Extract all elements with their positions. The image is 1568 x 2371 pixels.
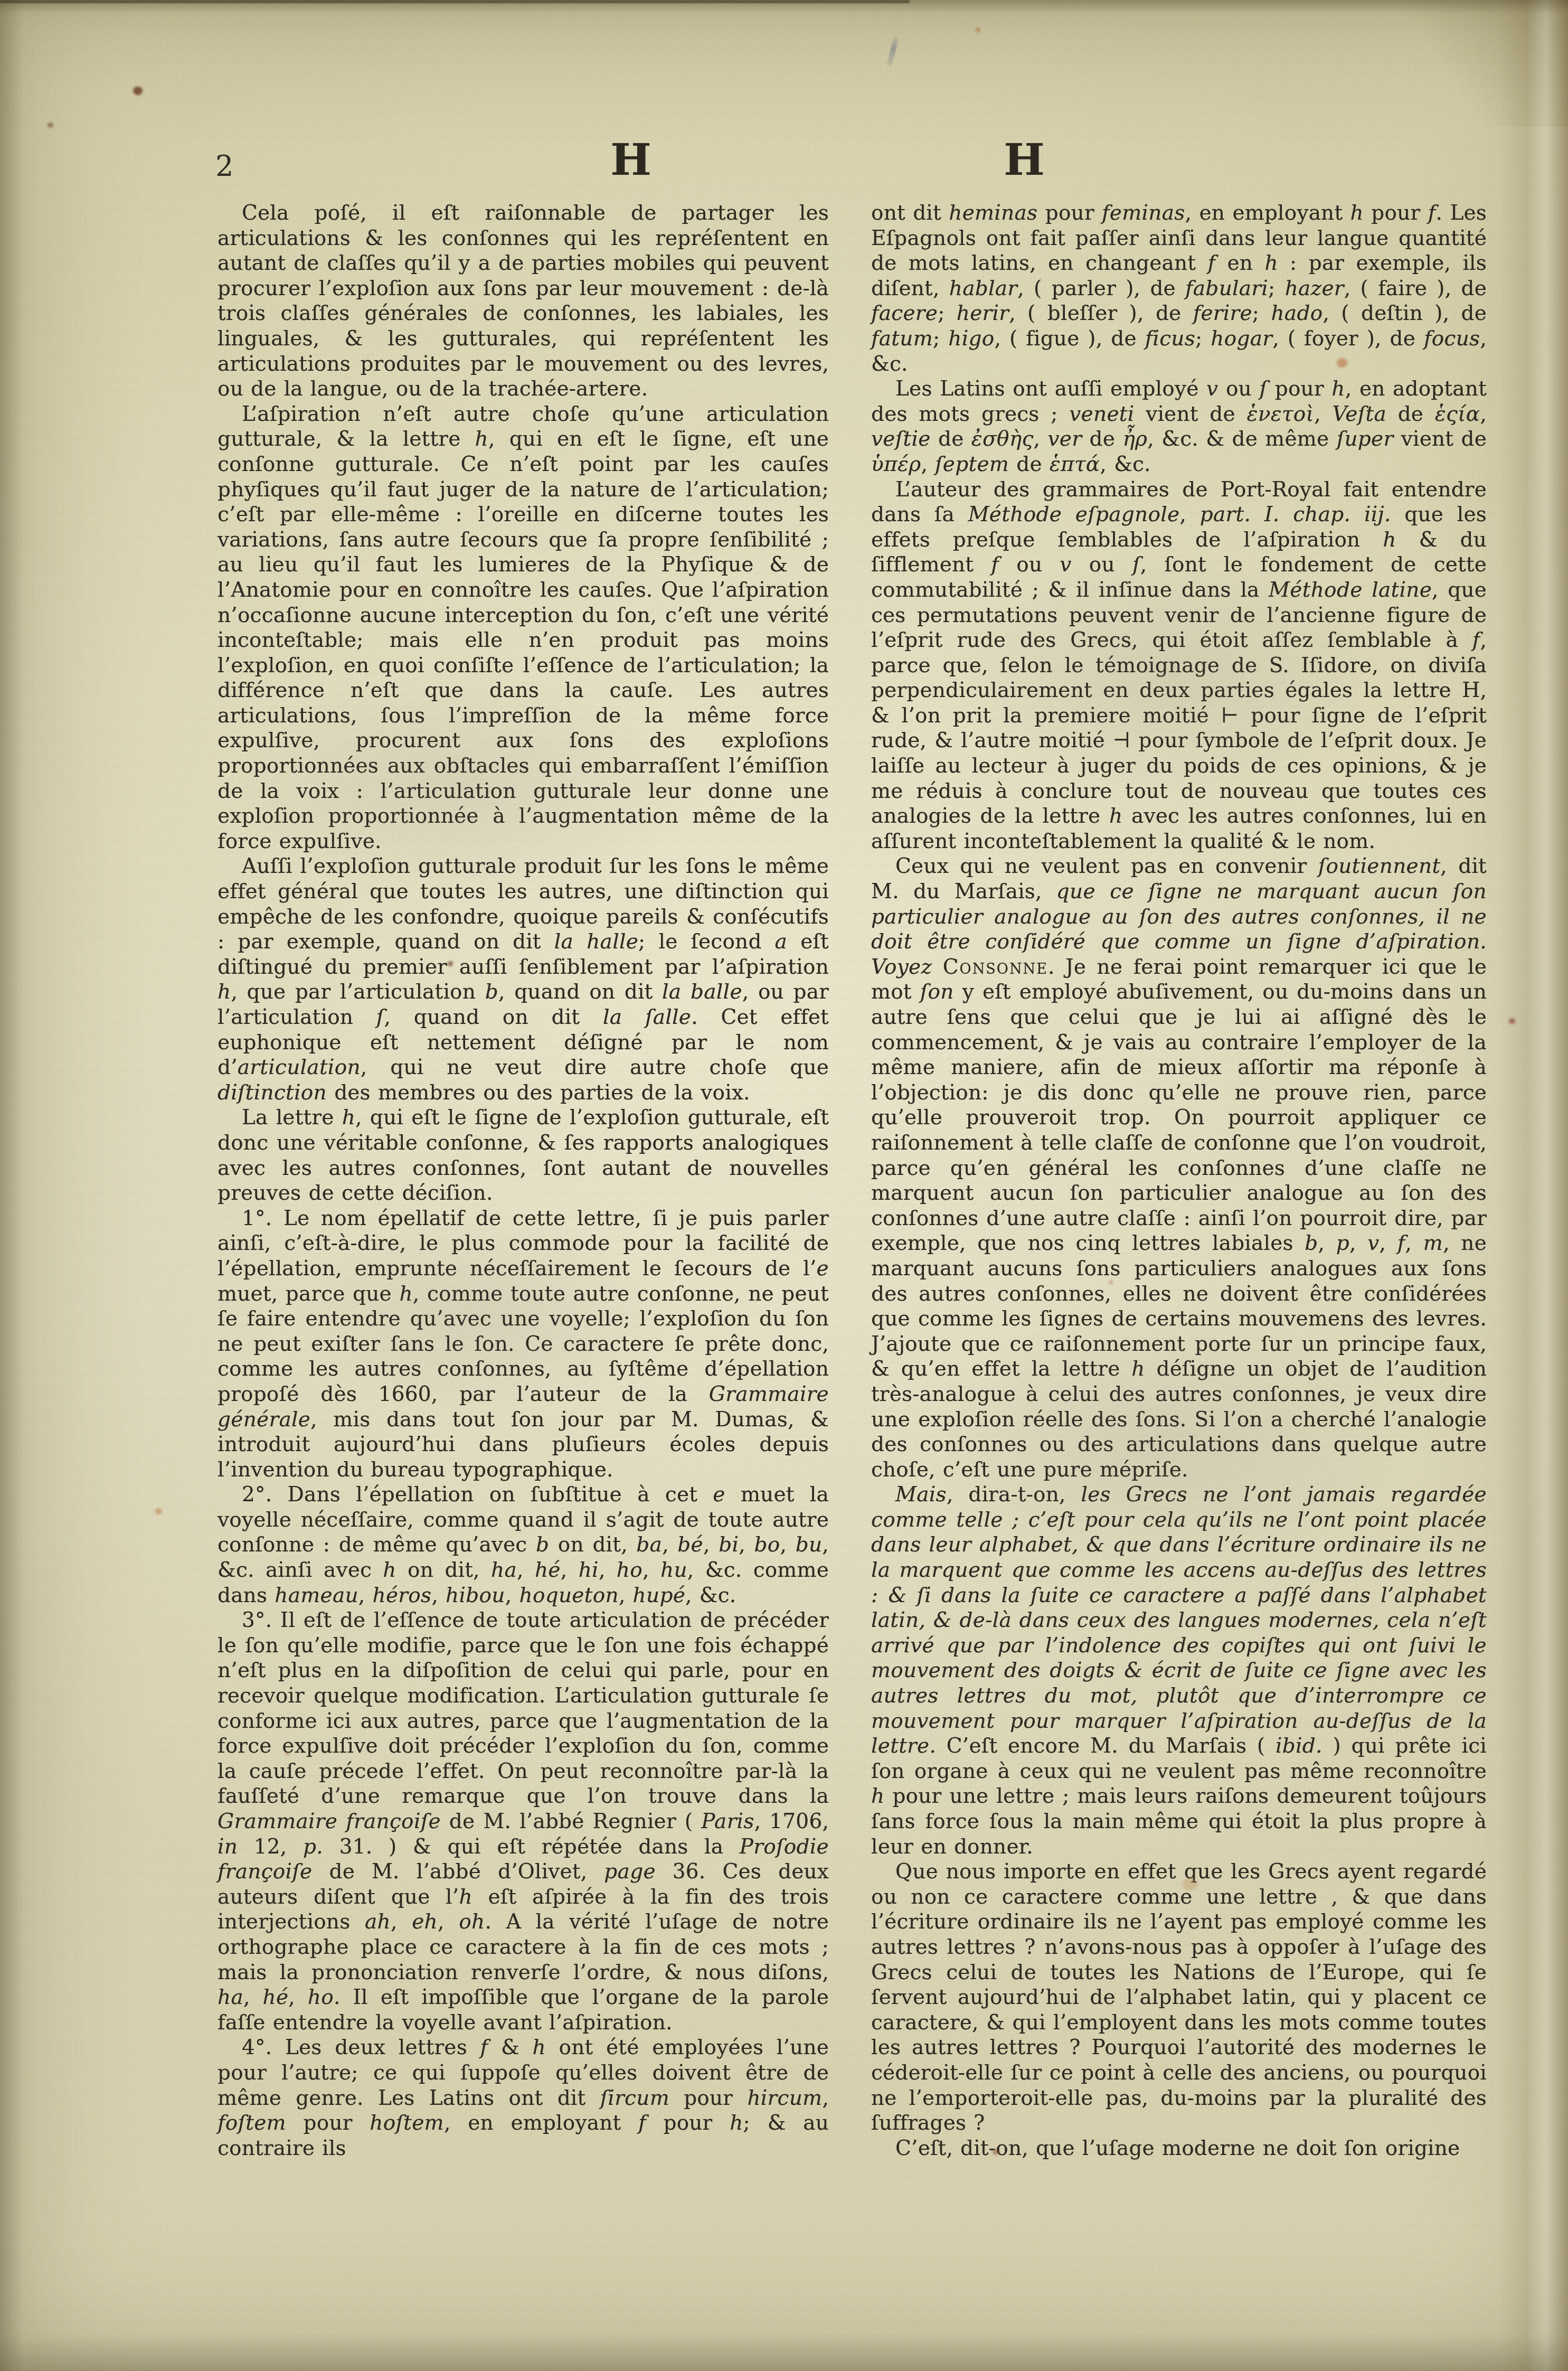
foxing-stain	[155, 1508, 162, 1514]
paragraph: 1°. Le nom épellatif de cette lettre, ſi…	[218, 1206, 829, 1483]
running-title-right: H	[966, 138, 1082, 182]
page-edge-right	[1499, 0, 1568, 2371]
foxing-stain	[48, 123, 53, 128]
text-column-right: ont dit heminas pour feminas, en employa…	[871, 201, 1487, 2161]
paragraph: L’auteur des grammaires de Port-Royal fa…	[871, 477, 1487, 854]
paragraph: Auſſi l’exploſion gutturale produit ſur …	[218, 854, 829, 1105]
running-title-left: H	[573, 138, 689, 182]
foxing-stain	[133, 87, 143, 95]
text-column-left: Cela poſé, il eſt raiſonnable de partage…	[218, 201, 829, 2161]
paragraph: C’eſt, dit-on, que l’uſage moderne ne do…	[871, 2136, 1487, 2161]
scan-edge-artifact	[0, 0, 910, 3]
paragraph: L’aſpiration n’eſt autre choſe qu’une ar…	[218, 402, 829, 854]
page-edge-left	[0, 0, 23, 2371]
paragraph: Cela poſé, il eſt raiſonnable de partage…	[218, 201, 829, 402]
paragraph: Ceux qui ne veulent pas en convenir ſout…	[871, 854, 1487, 1482]
page-edge-bottom	[0, 2334, 1568, 2371]
paragraph: Que nous importe en effet que les Grecs …	[871, 1859, 1487, 2136]
paragraph: Les Latins ont auſſi employé v ou ſ pour…	[871, 377, 1487, 477]
paragraph: 3°. Il eſt de l’eſſence de toute articul…	[218, 1608, 829, 2035]
scanned-book-page: 2 H H Cela poſé, il eſt raiſonnable de p…	[0, 0, 1568, 2371]
paragraph: ont dit heminas pour feminas, en employa…	[871, 201, 1487, 377]
paragraph: 2°. Dans l’épellation on ſubſtitue à cet…	[218, 1482, 829, 1608]
foxing-stain	[976, 27, 980, 32]
paragraph: Mais, dira-t-on, les Grecs ne l’ont jama…	[871, 1482, 1487, 1859]
pencil-mark	[886, 36, 899, 67]
paragraph: 4°. Les deux lettres f & h ont été emplo…	[218, 2035, 829, 2161]
paragraph: La lettre h, qui eſt le ſigne de l’explo…	[218, 1105, 829, 1206]
page-number: 2	[215, 152, 234, 181]
